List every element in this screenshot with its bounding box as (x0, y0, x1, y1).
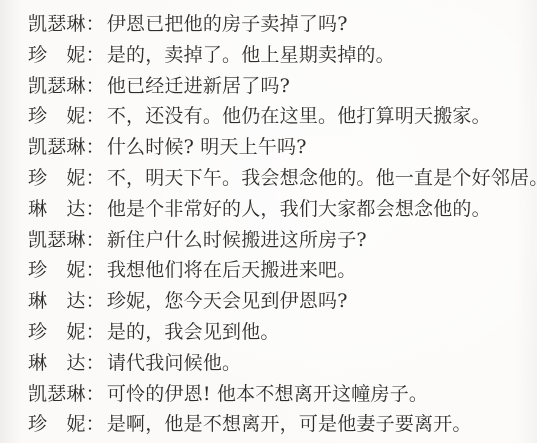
dialogue-line: 凯瑟琳：他已经迁进新居了吗? (28, 71, 529, 102)
utterance-text: 他已经迁进新居了吗? (107, 71, 290, 102)
dialogue-transcript: 凯瑟琳：伊恩已把他的房子卖掉了吗? 珍 妮：是的，卖掉了。他上星期卖掉的。 凯瑟… (28, 9, 529, 440)
dialogue-line: 珍 妮：不，明天下午。我会想念他的。他一直是个好邻居。 (28, 163, 529, 194)
speaker-name: 珍 妮 (28, 163, 86, 194)
speaker-name: 凯瑟琳 (28, 9, 86, 40)
speaker-colon: ： (86, 132, 105, 163)
dialogue-line: 凯瑟琳：可怜的伊恩! 他本不想离开这幢房子。 (28, 379, 529, 410)
dialogue-line: 凯瑟琳：新住户什么时候搬进这所房子? (28, 225, 529, 256)
utterance-text: 什么时候? 明天上午吗? (107, 132, 307, 163)
utterance-text: 我想他们将在后天搬进来吧。 (107, 255, 357, 286)
speaker-name: 凯瑟琳 (28, 132, 86, 163)
dialogue-line: 珍 妮：是啊，他是不想离开，可是他妻子要离开。 (28, 409, 529, 440)
speaker-colon: ： (86, 317, 105, 348)
speaker-name: 珍 妮 (28, 101, 86, 132)
dialogue-line: 凯瑟琳：伊恩已把他的房子卖掉了吗? (28, 9, 529, 40)
dialogue-line: 琳 达：珍妮，您今天会见到伊恩吗? (28, 286, 529, 317)
speaker-name: 珍 妮 (28, 317, 86, 348)
speaker-colon: ： (86, 194, 105, 225)
speaker-name: 凯瑟琳 (28, 225, 86, 256)
speaker-name: 琳 达 (28, 286, 86, 317)
utterance-text: 请代我问候他。 (107, 348, 241, 379)
speaker-name: 珍 妮 (28, 409, 86, 440)
speaker-colon: ： (86, 40, 105, 71)
utterance-text: 伊恩已把他的房子卖掉了吗? (107, 9, 348, 40)
dialogue-line: 珍 妮：不，还没有。他仍在这里。他打算明天搬家。 (28, 101, 529, 132)
speaker-name: 琳 达 (28, 348, 86, 379)
document-page: 凯瑟琳：伊恩已把他的房子卖掉了吗? 珍 妮：是的，卖掉了。他上星期卖掉的。 凯瑟… (0, 0, 537, 443)
utterance-text: 可怜的伊恩! 他本不想离开这幢房子。 (107, 379, 428, 410)
utterance-text: 不，还没有。他仍在这里。他打算明天搬家。 (107, 101, 491, 132)
speaker-colon: ： (86, 379, 105, 410)
utterance-text: 珍妮，您今天会见到伊恩吗? (107, 286, 348, 317)
utterance-text: 不，明天下午。我会想念他的。他一直是个好邻居。 (107, 163, 537, 194)
speaker-colon: ： (86, 409, 105, 440)
utterance-text: 新住户什么时候搬进这所房子? (107, 225, 367, 256)
speaker-name: 琳 达 (28, 194, 86, 225)
dialogue-line: 凯瑟琳：什么时候? 明天上午吗? (28, 132, 529, 163)
speaker-colon: ： (86, 163, 105, 194)
utterance-text: 他是个非常好的人，我们大家都会想念他的。 (107, 194, 491, 225)
dialogue-line: 珍 妮：是的，卖掉了。他上星期卖掉的。 (28, 40, 529, 71)
speaker-name: 凯瑟琳 (28, 71, 86, 102)
utterance-text: 是啊，他是不想离开，可是他妻子要离开。 (107, 409, 472, 440)
dialogue-line: 琳 达：请代我问候他。 (28, 348, 529, 379)
dialogue-line: 琳 达：他是个非常好的人，我们大家都会想念他的。 (28, 194, 529, 225)
utterance-text: 是的，卖掉了。他上星期卖掉的。 (107, 40, 395, 71)
speaker-colon: ： (86, 286, 105, 317)
speaker-colon: ： (86, 9, 105, 40)
speaker-name: 凯瑟琳 (28, 379, 86, 410)
speaker-colon: ： (86, 255, 105, 286)
speaker-colon: ： (86, 101, 105, 132)
speaker-name: 珍 妮 (28, 255, 86, 286)
dialogue-line: 珍 妮：我想他们将在后天搬进来吧。 (28, 255, 529, 286)
speaker-colon: ： (86, 348, 105, 379)
speaker-name: 珍 妮 (28, 40, 86, 71)
speaker-colon: ： (86, 225, 105, 256)
dialogue-line: 珍 妮：是的，我会见到他。 (28, 317, 529, 348)
speaker-colon: ： (86, 71, 105, 102)
utterance-text: 是的，我会见到他。 (107, 317, 280, 348)
